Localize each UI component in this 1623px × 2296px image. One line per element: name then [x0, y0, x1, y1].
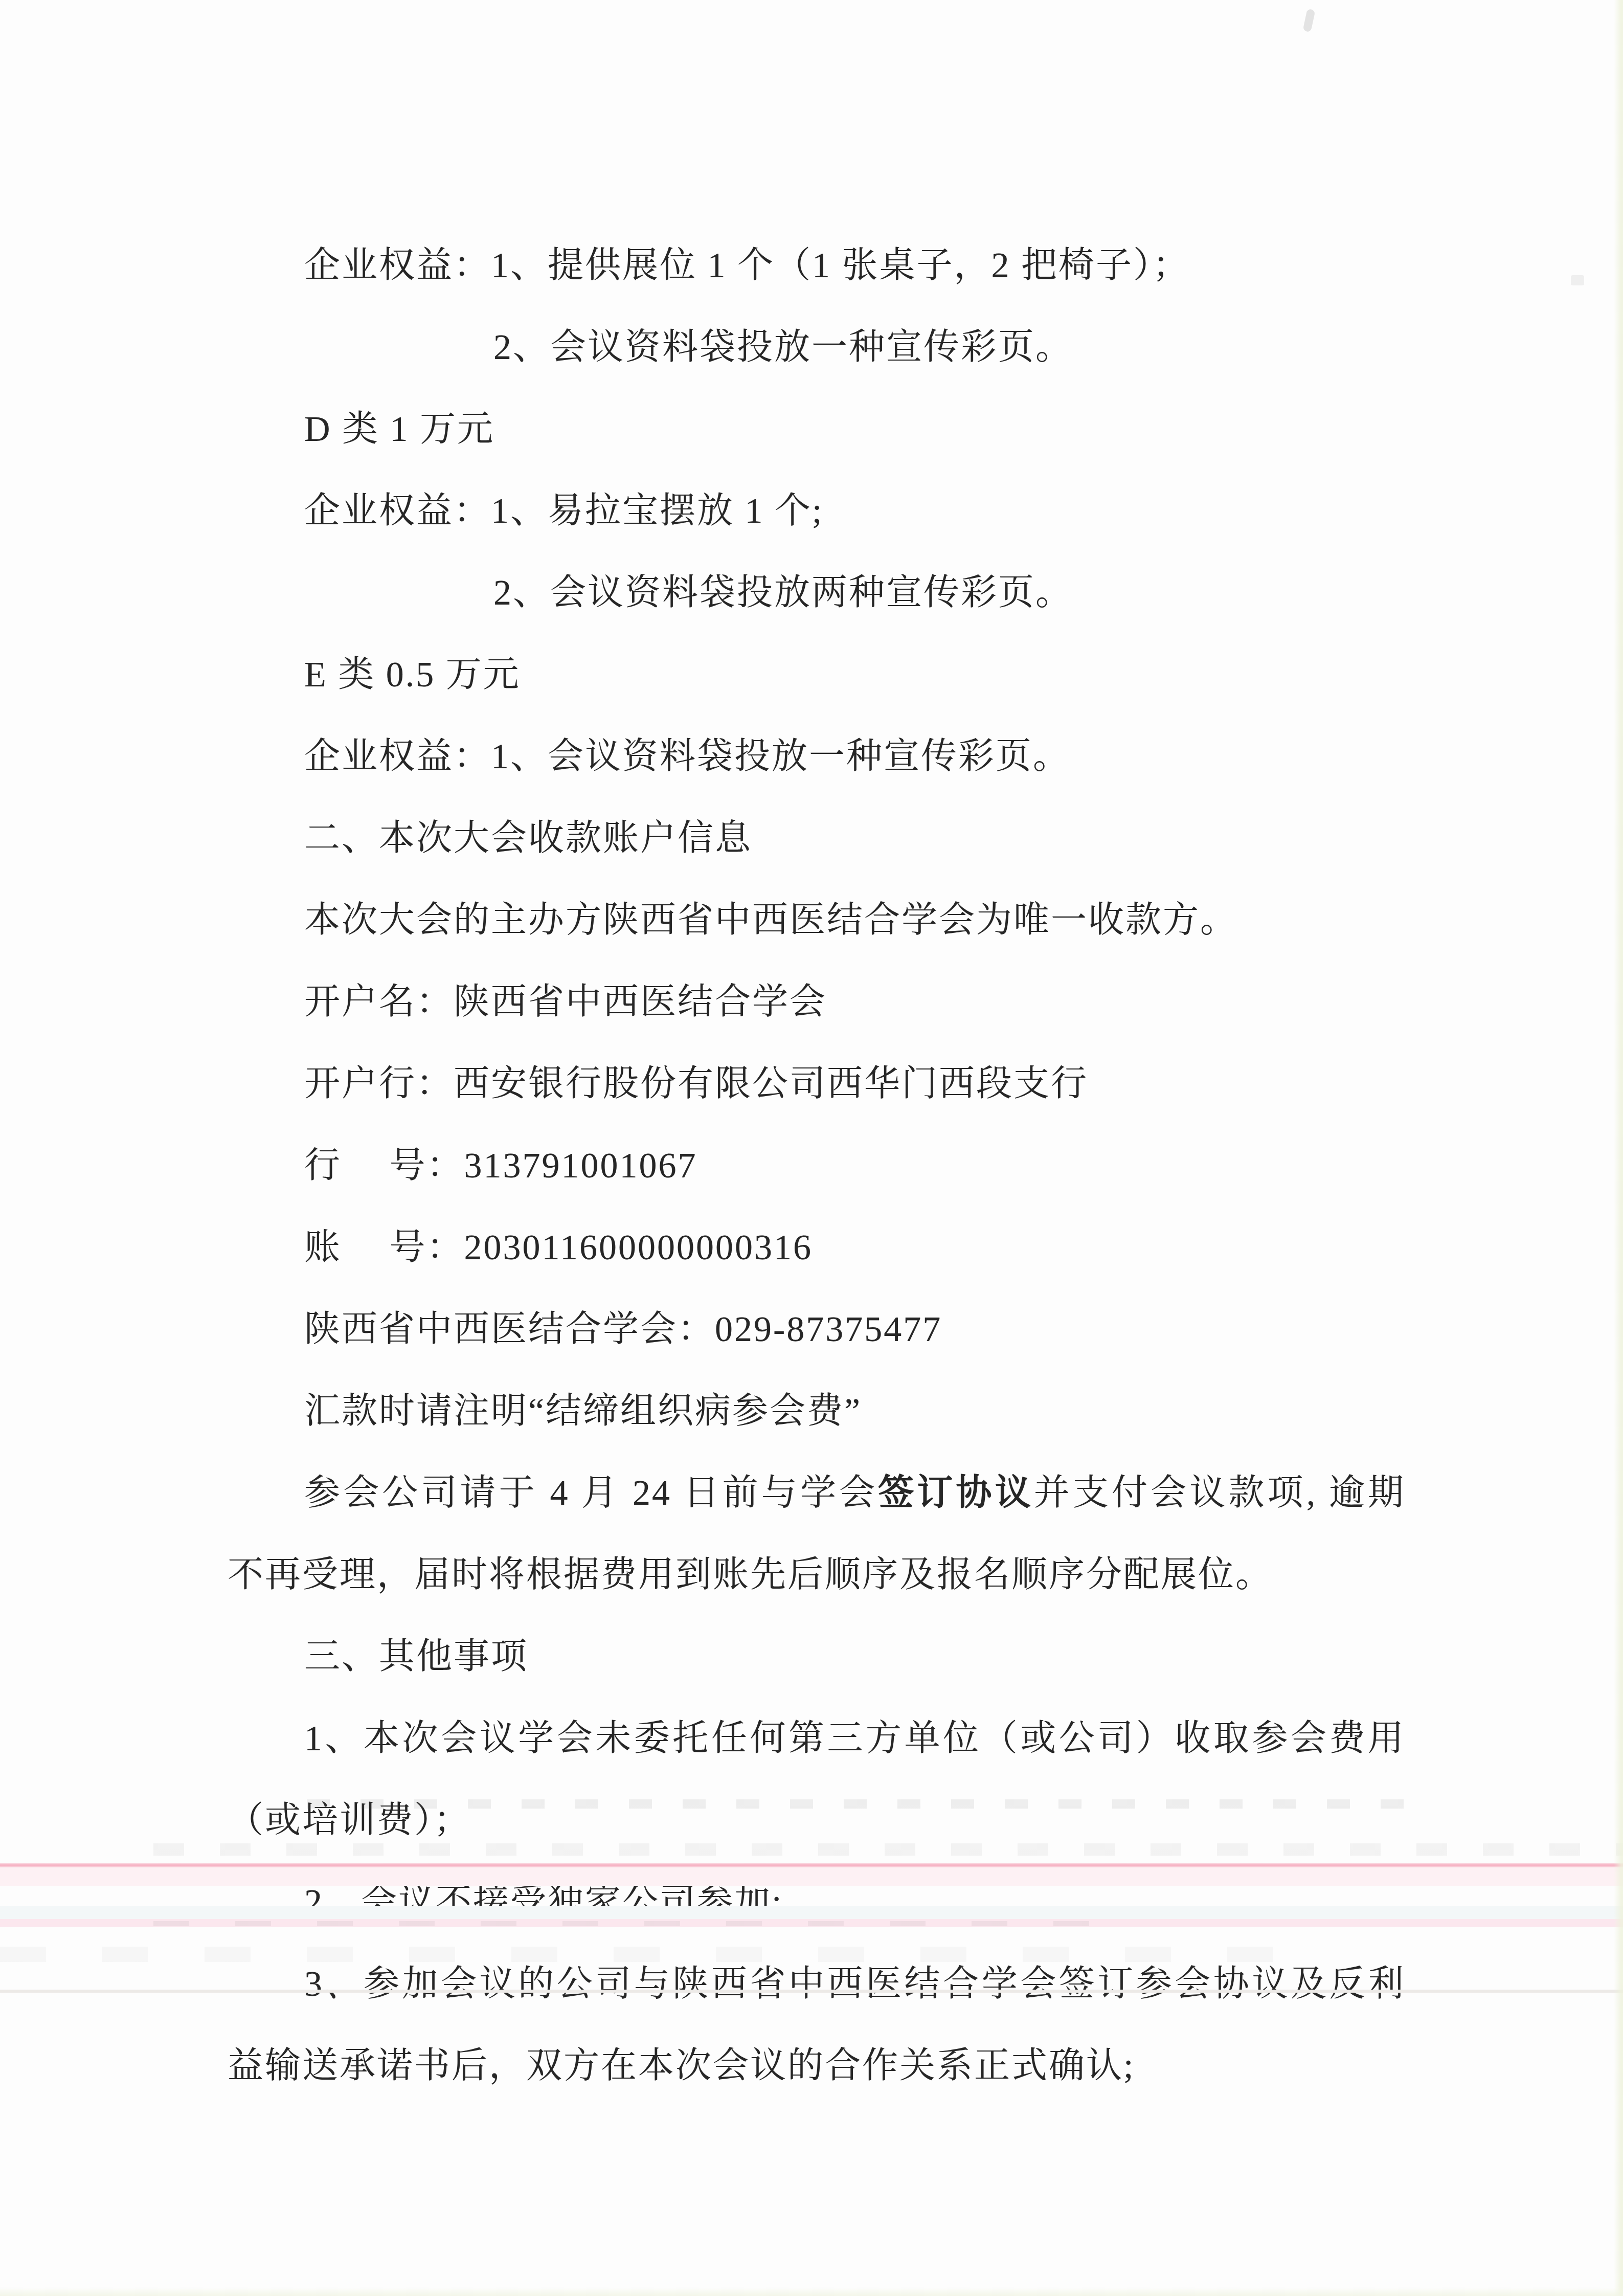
section-heading-other-matters: 三、其他事项	[228, 1616, 1405, 1698]
text-line-benefits-c-2: 2、会议资料袋投放一种宣传彩页。	[228, 307, 1405, 389]
scan-edge-tint	[1614, 0, 1623, 2296]
text-line-benefits-e-1: 企业权益：1、会议资料袋投放一种宣传彩页。	[228, 716, 1405, 798]
text-line-item-1-cont: （或培训费）；	[228, 1780, 1405, 1862]
text-line-benefits-d-2: 2、会议资料袋投放两种宣传彩页。	[228, 552, 1405, 634]
text-line-account-number: 账 号：203011600000000316	[228, 1207, 1405, 1289]
text-line-bank-name: 开户行：西安银行股份有限公司西华门西段支行	[228, 1043, 1405, 1125]
document-page: 企业权益：1、提供展位 1 个（1 张桌子，2 把椅子）； 2、会议资料袋投放一…	[0, 0, 1623, 2296]
bold-text-segment: 签订协议	[878, 1474, 1034, 1513]
text-line-class-d-title: D 类 1 万元	[228, 389, 1405, 471]
text-line-deadline-cont: 不再受理，届时将根据费用到账先后顺序及报名顺序分配展位。	[228, 1534, 1405, 1616]
text-segment: 参会公司请于 4 月 24 日前与学会	[304, 1474, 878, 1513]
scan-speck	[1303, 9, 1316, 32]
scan-edge-tint	[0, 2287, 1623, 2296]
text-line-remittance-note: 汇款时请注明“结缔组织病参会费”	[228, 1371, 1405, 1453]
document-body: 企业权益：1、提供展位 1 个（1 张桌子，2 把椅子）； 2、会议资料袋投放一…	[228, 225, 1405, 2107]
text-segment: 并支付会议款项, 逾期	[1034, 1474, 1405, 1513]
text-line-item-2: 2、会议不接受独家公司参加;	[228, 1862, 1405, 1944]
text-line-deadline: 参会公司请于 4 月 24 日前与学会签订协议并支付会议款项, 逾期	[228, 1453, 1405, 1534]
scan-speck	[1571, 275, 1584, 285]
text-line-account-name: 开户名：陕西省中西医结合学会	[228, 962, 1405, 1043]
text-line-sole-payee: 本次大会的主办方陕西省中西医结合学会为唯一收款方。	[228, 880, 1405, 962]
text-line-item-3-cont: 益输送承诺书后，双方在本次会议的合作关系正式确认;	[228, 2025, 1405, 2107]
text-line-benefits-d-1: 企业权益：1、易拉宝摆放 1 个;	[228, 471, 1405, 552]
text-line-item-3: 3、参加会议的公司与陕西省中西医结合学会签订参会协议及反利	[228, 1944, 1405, 2025]
section-heading-account-info: 二、本次大会收款账户信息	[228, 798, 1405, 880]
text-line-item-1: 1、本次会议学会未委托任何第三方单位（或公司）收取参会费用	[228, 1698, 1405, 1780]
text-line-benefits-c: 企业权益：1、提供展位 1 个（1 张桌子，2 把椅子）；	[228, 225, 1405, 307]
text-line-class-e-title: E 类 0.5 万元	[228, 634, 1405, 716]
text-line-bank-code: 行 号：313791001067	[228, 1125, 1405, 1207]
text-line-phone: 陕西省中西医结合学会：029-87375477	[228, 1289, 1405, 1371]
